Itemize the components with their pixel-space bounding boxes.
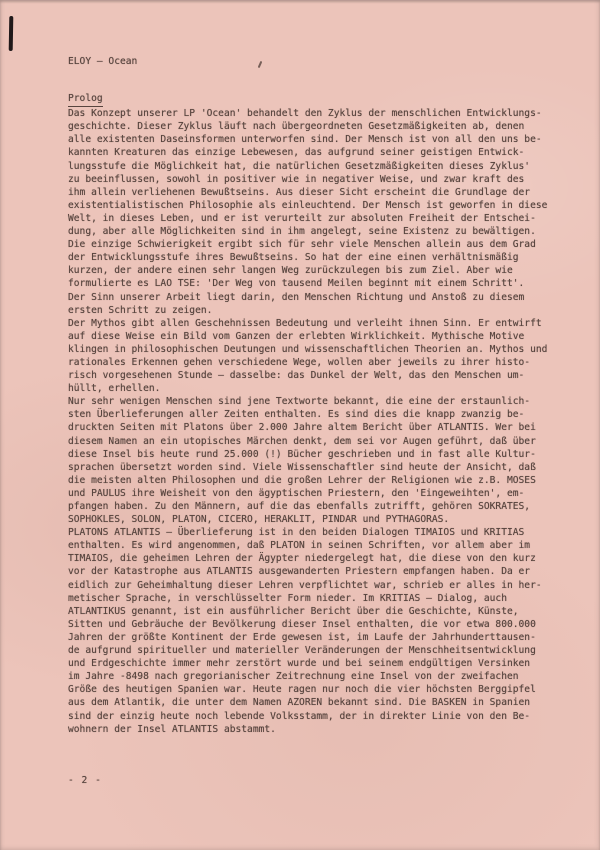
page-title: Prolog (68, 92, 582, 107)
document-header: ELOY – Ocean (68, 55, 582, 68)
page-title-text: Prolog (68, 92, 103, 107)
paragraph-atlantis: Nur sehr wenigen Menschen sind jene Text… (68, 395, 582, 735)
staple-mark (9, 16, 14, 51)
document-page: ELOY – Ocean Prolog Das Konzept unserer … (0, 0, 600, 850)
paragraph-mythos: Der Mythos gibt allen Geschehnissen Bede… (68, 317, 582, 396)
paragraph-concept: Das Konzept unserer LP 'Ocean' behandelt… (68, 107, 582, 317)
page-number: - 2 - (68, 774, 582, 787)
